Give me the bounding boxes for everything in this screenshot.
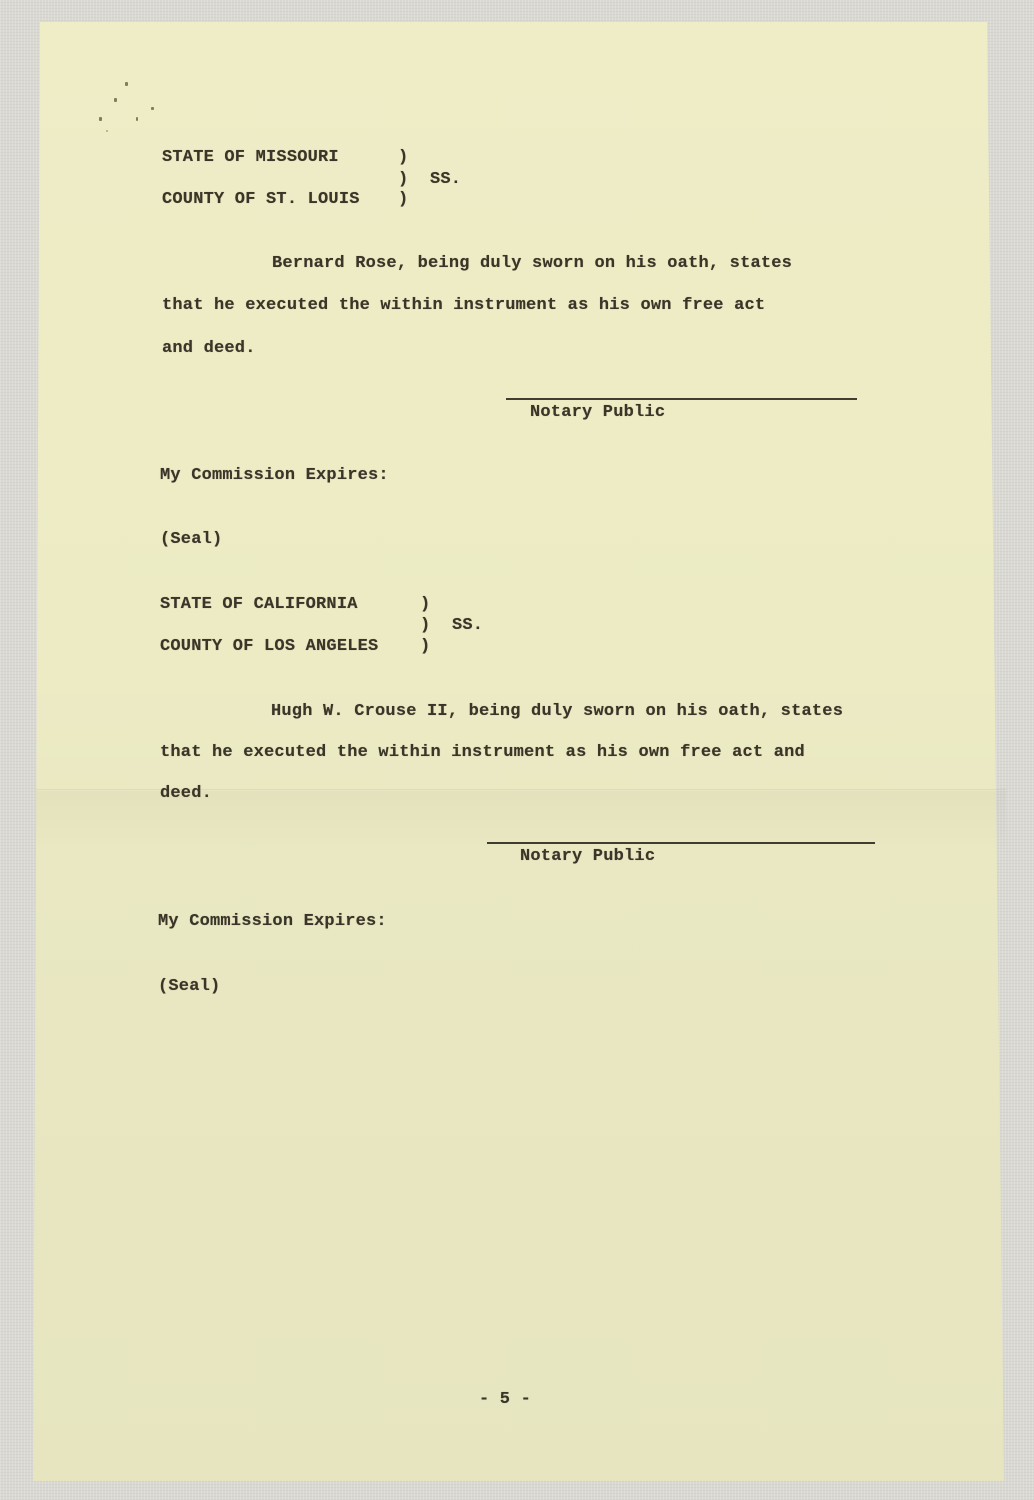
venue-county: COUNTY OF LOS ANGELES	[160, 638, 378, 655]
staple-mark	[136, 117, 138, 121]
venue-ss: SS.	[430, 171, 461, 188]
affidavit-line: Hugh W. Crouse II, being duly sworn on h…	[271, 703, 843, 720]
venue-county: COUNTY OF ST. LOUIS	[162, 191, 360, 208]
affidavit-line: Bernard Rose, being duly sworn on his oa…	[272, 255, 792, 272]
venue-paren: )	[420, 596, 430, 613]
page-number: - 5 -	[479, 1391, 531, 1408]
venue-paren: )	[398, 149, 408, 166]
venue-paren: )	[420, 617, 430, 634]
affidavit-line: that he executed the within instrument a…	[162, 297, 765, 314]
venue-state: STATE OF MISSOURI	[162, 149, 339, 166]
affidavit-line: that he executed the within instrument a…	[160, 744, 805, 761]
signature-label: Notary Public	[520, 848, 655, 865]
signature-line	[506, 398, 857, 400]
affidavit-line: deed.	[160, 785, 212, 802]
commission-expires-label: My Commission Expires:	[158, 913, 387, 930]
staple-mark	[106, 130, 108, 132]
staple-mark	[151, 107, 154, 110]
venue-ss: SS.	[452, 617, 483, 634]
venue-paren: )	[420, 638, 430, 655]
seal-label: (Seal)	[160, 531, 222, 548]
commission-expires-label: My Commission Expires:	[160, 467, 389, 484]
venue-paren: )	[398, 191, 408, 208]
seal-label: (Seal)	[158, 978, 220, 995]
affidavit-line: and deed.	[162, 340, 256, 357]
signature-label: Notary Public	[530, 404, 665, 421]
staple-mark	[114, 98, 117, 102]
venue-state: STATE OF CALIFORNIA	[160, 596, 358, 613]
signature-line	[487, 842, 875, 844]
staple-mark	[99, 117, 102, 121]
venue-paren: )	[398, 171, 408, 188]
staple-mark	[125, 82, 128, 86]
